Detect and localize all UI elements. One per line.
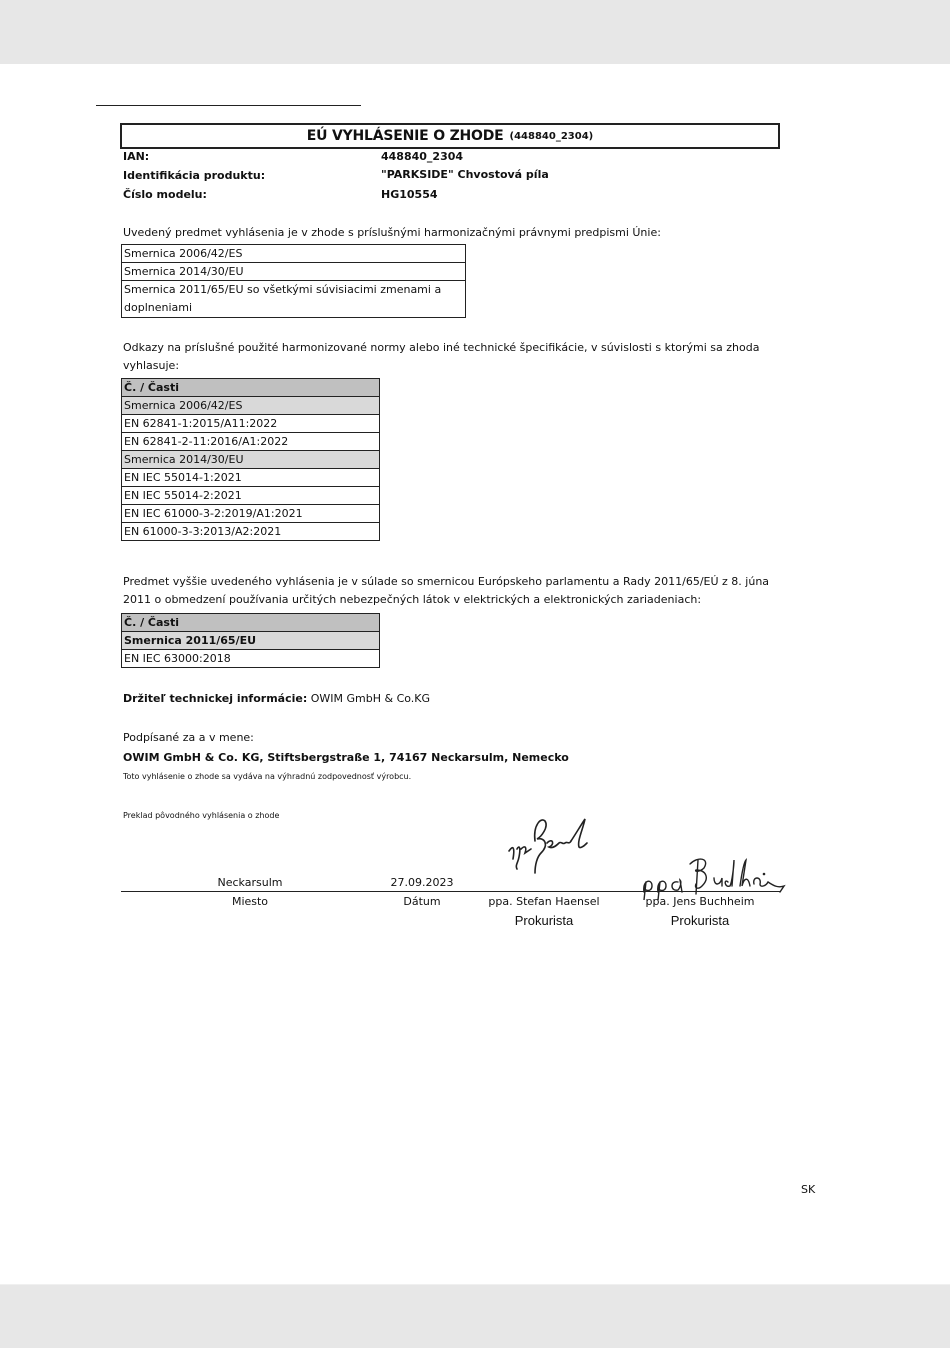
- directive-row: Smernica 2011/65/EU so všetkými súvisiac…: [122, 281, 466, 318]
- field-value-model: HG10554: [381, 188, 438, 202]
- standards-group-row: Smernica 2014/30/EU: [122, 451, 380, 469]
- rohs-row: EN IEC 63000:2018: [122, 650, 380, 668]
- standards-row: EN IEC 61000-3-2:2019/A1:2021: [122, 505, 380, 523]
- date-label: Dátum: [362, 895, 482, 909]
- signer1-role: Prokurista: [484, 913, 604, 928]
- standards-row: EN 62841-1:2015/A11:2022: [122, 415, 380, 433]
- standards-table-header: Č. / Časti: [122, 379, 380, 397]
- signature-buchheim-icon: [638, 852, 788, 900]
- standards-group-row: Smernica 2006/42/ES: [122, 397, 380, 415]
- signer2-name: ppa. Jens Buchheim: [638, 895, 762, 909]
- technical-holder-label: Držiteľ technickej informácie:: [123, 692, 307, 705]
- responsibility-note: Toto vyhlásenie o zhode sa vydáva na výh…: [123, 772, 411, 782]
- field-value-product: "PARKSIDE" Chvostová píla: [381, 168, 549, 182]
- field-value-ian: 448840_2304: [381, 150, 463, 164]
- signer2-role: Prokurista: [640, 913, 760, 928]
- rohs-group-row: Smernica 2011/65/EU: [122, 632, 380, 650]
- section1-intro: Uvedený predmet vyhlásenia je v zhode s …: [123, 224, 661, 242]
- place-label: Miesto: [190, 895, 310, 909]
- page-language-code: SK: [801, 1183, 815, 1197]
- place-value: Neckarsulm: [190, 876, 310, 890]
- section3-intro-line1: Predmet vyššie uvedeného vyhlásenia je v…: [123, 573, 769, 591]
- document-title-box: EÚ VYHLÁSENIE O ZHODE (448840_2304): [120, 123, 780, 149]
- date-value: 27.09.2023: [362, 876, 482, 890]
- signed-for-label: Podpísané za a v mene:: [123, 729, 254, 747]
- signature-haensel-icon: [505, 815, 595, 875]
- field-label-ian: IAN:: [123, 150, 149, 164]
- translation-note: Preklad pôvodného vyhlásenia o zhode: [123, 811, 279, 821]
- field-label-product: Identifikácia produktu:: [123, 169, 265, 183]
- company-address: OWIM GmbH & Co. KG, Stiftsbergstraße 1, …: [123, 749, 569, 767]
- section2-intro-line1: Odkazy na príslušné použité harmonizovan…: [123, 339, 759, 357]
- signer1-name: ppa. Stefan Haensel: [484, 895, 604, 909]
- rohs-table: Č. / Časti Smernica 2011/65/EU EN IEC 63…: [121, 613, 380, 668]
- standards-row: EN IEC 55014-1:2021: [122, 469, 380, 487]
- section2-intro-line2: vyhlasuje:: [123, 357, 179, 375]
- header-rule: [96, 105, 361, 106]
- document-title: EÚ VYHLÁSENIE O ZHODE: [307, 128, 504, 144]
- rohs-table-header: Č. / Časti: [122, 614, 380, 632]
- directive-row: Smernica 2014/30/EU: [122, 263, 466, 281]
- standards-row: EN 62841-2-11:2016/A1:2022: [122, 433, 380, 451]
- standards-row: EN 61000-3-3:2013/A2:2021: [122, 523, 380, 541]
- technical-holder: Držiteľ technickej informácie: OWIM GmbH…: [123, 690, 430, 708]
- section3-intro-line2: 2011 o obmedzení používania určitých neb…: [123, 591, 701, 609]
- viewer-top-band: [0, 0, 950, 64]
- directives-table: Smernica 2006/42/ES Smernica 2014/30/EU …: [121, 244, 466, 318]
- document-title-ref: (448840_2304): [510, 131, 594, 142]
- signature-rule: [121, 891, 781, 892]
- standards-row: EN IEC 55014-2:2021: [122, 487, 380, 505]
- viewer-bottom-band: [0, 1284, 950, 1348]
- field-label-model: Číslo modelu:: [123, 188, 207, 202]
- directive-row: Smernica 2006/42/ES: [122, 245, 466, 263]
- technical-holder-value: OWIM GmbH & Co.KG: [311, 692, 430, 705]
- standards-table: Č. / Časti Smernica 2006/42/ES EN 62841-…: [121, 378, 380, 541]
